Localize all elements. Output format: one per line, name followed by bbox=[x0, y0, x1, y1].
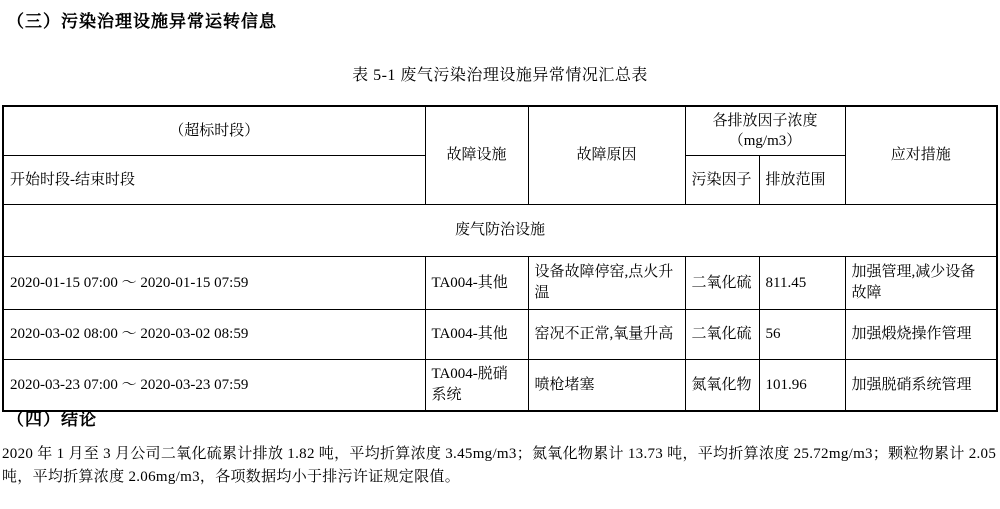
section-row: 废气防治设施 bbox=[3, 205, 997, 257]
header-pollution-factor: 污染因子 bbox=[685, 156, 759, 205]
table-row: 2020-01-15 07:00 ～ 2020-01-15 07:59 TA00… bbox=[3, 257, 997, 310]
cell-measures: 加强脱硝系统管理 bbox=[845, 360, 997, 412]
table-row: 2020-03-02 08:00 ～ 2020-03-02 08:59 TA00… bbox=[3, 310, 997, 360]
cell-measures: 加强管理,减少设备故障 bbox=[845, 257, 997, 310]
abnormal-operation-table: （超标时段） 故障设施 故障原因 各排放因子浓度 （mg/m3） 应对措施 开始… bbox=[2, 105, 998, 412]
header-period-sub: 开始时段-结束时段 bbox=[3, 156, 425, 205]
section-4-heading: （四）结论 bbox=[7, 405, 97, 430]
cell-factor: 二氧化硫 bbox=[685, 257, 759, 310]
header-factor-group-line2: （mg/m3） bbox=[692, 131, 839, 151]
table-caption: 表 5-1 废气污染治理设施异常情况汇总表 bbox=[0, 62, 1000, 85]
cell-factor: 二氧化硫 bbox=[685, 310, 759, 360]
cell-facility: TA004-其他 bbox=[425, 257, 528, 310]
conclusion-paragraph: 2020 年 1 月至 3 月公司二氧化硫累计排放 1.82 吨，平均折算浓度 … bbox=[2, 443, 998, 489]
cell-facility: TA004-其他 bbox=[425, 310, 528, 360]
cell-range: 56 bbox=[759, 310, 845, 360]
header-factor-group-line1: 各排放因子浓度 bbox=[692, 111, 839, 131]
header-factor-concentration-group: 各排放因子浓度 （mg/m3） bbox=[685, 106, 845, 156]
cell-period: 2020-03-23 07:00 ～ 2020-03-23 07:59 bbox=[3, 360, 425, 412]
header-emission-range: 排放范围 bbox=[759, 156, 845, 205]
cell-range: 811.45 bbox=[759, 257, 845, 310]
section-row-label: 废气防治设施 bbox=[3, 205, 997, 257]
table-row: 2020-03-23 07:00 ～ 2020-03-23 07:59 TA00… bbox=[3, 360, 997, 412]
cell-reason: 喷枪堵塞 bbox=[528, 360, 685, 412]
header-row-1: （超标时段） 故障设施 故障原因 各排放因子浓度 （mg/m3） 应对措施 bbox=[3, 106, 997, 156]
header-measures: 应对措施 bbox=[845, 106, 997, 205]
header-period-group: （超标时段） bbox=[3, 106, 425, 156]
cell-reason: 设备故障停窑,点火升温 bbox=[528, 257, 685, 310]
header-facility: 故障设施 bbox=[425, 106, 528, 205]
cell-facility: TA004-脱硝系统 bbox=[425, 360, 528, 412]
document-page: （三）污染治理设施异常运转信息 表 5-1 废气污染治理设施异常情况汇总表 （超… bbox=[0, 0, 1000, 509]
cell-measures: 加强煅烧操作管理 bbox=[845, 310, 997, 360]
cell-reason: 窑况不正常,氧量升高 bbox=[528, 310, 685, 360]
cell-range: 101.96 bbox=[759, 360, 845, 412]
cell-period: 2020-03-02 08:00 ～ 2020-03-02 08:59 bbox=[3, 310, 425, 360]
header-reason: 故障原因 bbox=[528, 106, 685, 205]
cell-factor: 氮氧化物 bbox=[685, 360, 759, 412]
cell-period: 2020-01-15 07:00 ～ 2020-01-15 07:59 bbox=[3, 257, 425, 310]
section-3-heading: （三）污染治理设施异常运转信息 bbox=[7, 7, 277, 32]
